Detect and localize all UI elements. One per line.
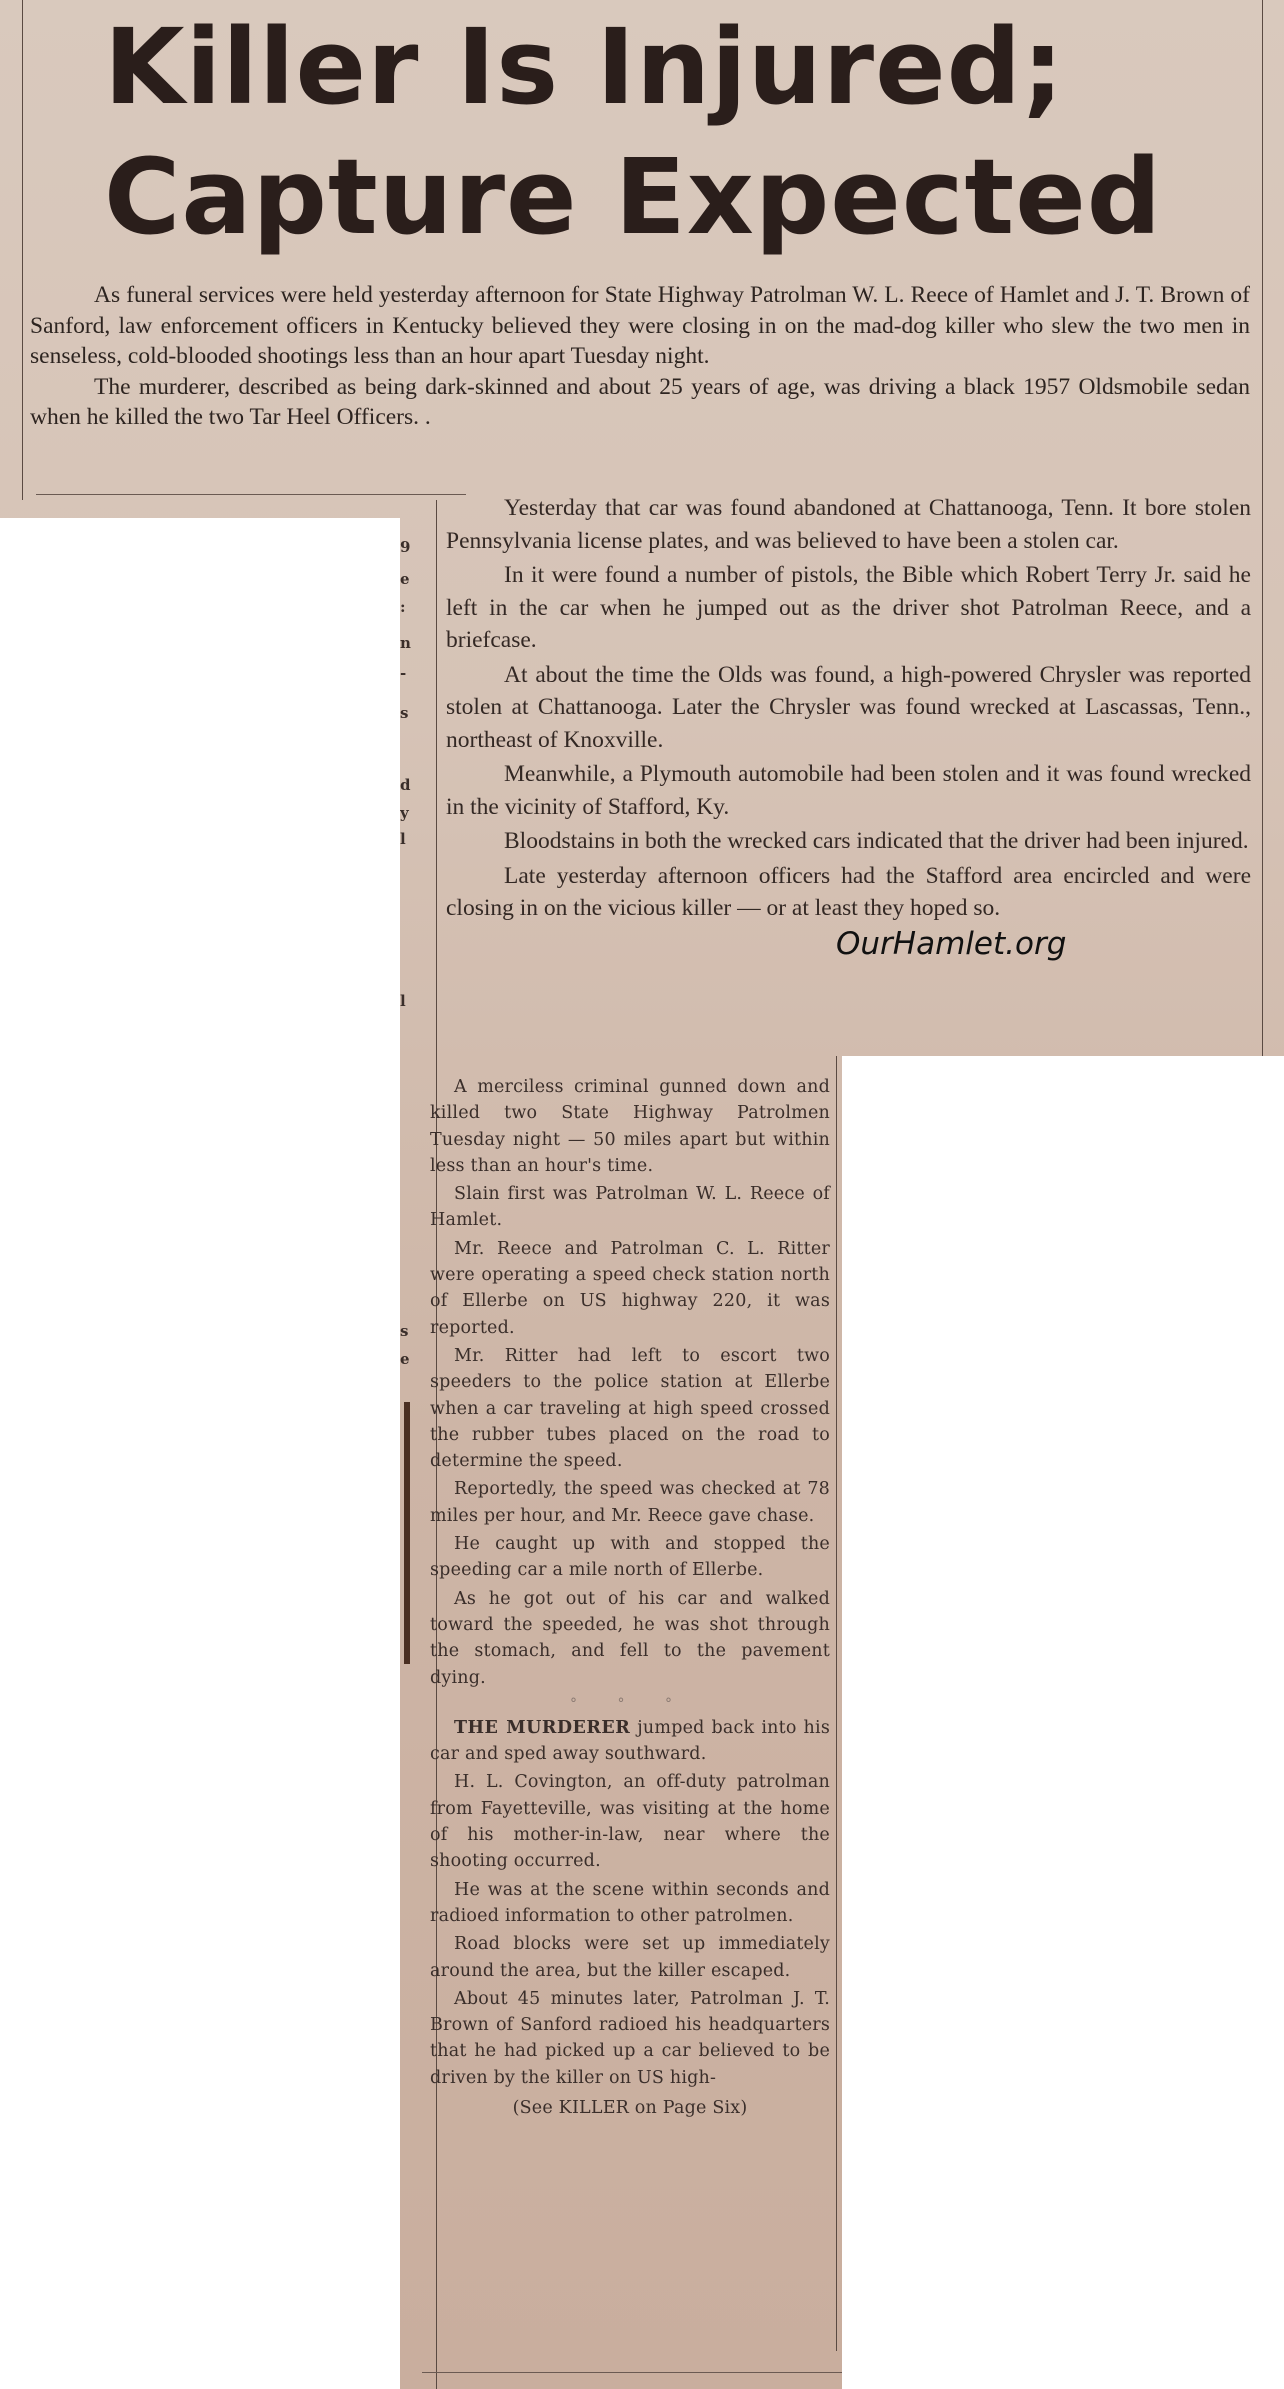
- headline: Killer Is Injured; Capture Expected: [104, 2, 1204, 262]
- body-paragraph: H. L. Covington, an off-duty patrolman f…: [430, 1769, 830, 1874]
- body-paragraph: Meanwhile, a Plymouth automobile had bee…: [446, 758, 1251, 823]
- headline-line-2: Capture Expected: [104, 132, 1204, 262]
- left-column-fragment: s: [400, 706, 416, 721]
- column-rule-right: [1262, 0, 1263, 1056]
- cropped-blank-area-left: [0, 518, 400, 2389]
- left-column-fragment: l: [400, 832, 416, 847]
- column-rule-left: [22, 0, 23, 500]
- left-column-fragment: n: [400, 636, 416, 651]
- lead-paragraph: The murderer, described as being dark-sk…: [30, 372, 1250, 433]
- left-column-fragment: d: [400, 778, 416, 793]
- bold-lead-in: THE MURDERER: [454, 1718, 630, 1738]
- newspaper-clipping: Killer Is Injured; Capture Expected As f…: [0, 0, 1284, 2389]
- adjacent-column-bar: [404, 1402, 410, 1664]
- body-paragraph: Slain first was Patrolman W. L. Reece of…: [430, 1181, 830, 1234]
- left-column-fragment: e: [400, 572, 416, 587]
- body-paragraph: About 45 minutes later, Patrolman J. T. …: [430, 1986, 830, 2091]
- left-column-fragment: -: [400, 666, 416, 681]
- body-paragraph: Mr. Ritter had left to escort two speede…: [430, 1343, 830, 1474]
- lead-divider: [36, 494, 466, 495]
- body-paragraph: Bloodstains in both the wrecked cars ind…: [446, 825, 1251, 858]
- body-paragraph: He was at the scene within seconds and r…: [430, 1877, 830, 1930]
- body-paragraph-lead-in: THE MURDERER jumped back into his car an…: [430, 1715, 830, 1768]
- body-paragraph: Reportedly, the speed was checked at 78 …: [430, 1476, 830, 1529]
- body-paragraph: At about the time the Olds was found, a …: [446, 659, 1251, 757]
- body-paragraph: Mr. Reece and Patrolman C. L. Ritter wer…: [430, 1236, 830, 1341]
- body-paragraph: Road blocks were set up immediately arou…: [430, 1931, 830, 1984]
- lead-paragraph: As funeral services were held yesterday …: [30, 280, 1250, 372]
- wide-column: Yesterday that car was found abandoned a…: [446, 492, 1251, 927]
- continuation-notice: (See KILLER on Page Six): [430, 2095, 830, 2121]
- left-column-fragment: l: [400, 994, 416, 1009]
- body-paragraph: In it were found a number of pistols, th…: [446, 559, 1251, 657]
- left-column-fragment: s: [400, 1324, 416, 1339]
- body-paragraph: A merciless criminal gunned down and kil…: [430, 1074, 830, 1179]
- bottom-divider: [422, 2372, 842, 2373]
- body-paragraph: He caught up with and stopped the speedi…: [430, 1531, 830, 1584]
- body-paragraph: As he got out of his car and walked towa…: [430, 1586, 830, 1691]
- watermark-ourhamlet: OurHamlet.org: [836, 926, 1066, 962]
- left-column-fragment: e: [400, 1352, 416, 1367]
- left-column-fragment: 9: [400, 540, 416, 555]
- body-paragraph: Late yesterday afternoon officers had th…: [446, 860, 1251, 925]
- cropped-blank-area-right: [842, 1056, 1284, 2389]
- column-rule-narrow-right: [836, 1056, 837, 2351]
- section-break-dots: ° ° °: [430, 1693, 830, 1715]
- left-column-fragment: y: [400, 806, 416, 821]
- left-column-fragment: :: [400, 600, 416, 615]
- body-paragraph: Yesterday that car was found abandoned a…: [446, 492, 1251, 557]
- lead-paragraphs: As funeral services were held yesterday …: [30, 280, 1250, 433]
- narrow-column: A merciless criminal gunned down and kil…: [430, 1074, 830, 2123]
- headline-line-1: Killer Is Injured;: [104, 2, 1204, 132]
